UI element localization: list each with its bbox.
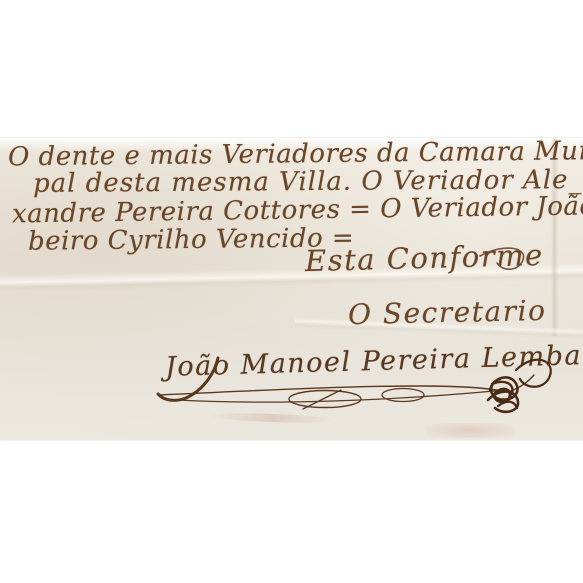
signature-name: João Manoel Pereira Lemba	[165, 342, 583, 381]
paper-smudge	[426, 423, 514, 438]
document-photo-canvas: O dente e mais Veriadores da Camara Muni…	[0, 0, 583, 583]
manuscript-photo: O dente e mais Veriadores da Camara Muni…	[0, 138, 583, 440]
secretary-title: O Secretario	[348, 297, 547, 329]
attestation-text: Esta Conforme	[305, 241, 544, 276]
manuscript-line-3: xandre Pereira Cottores = O Veriador Joã…	[12, 193, 583, 228]
paper-stain-streak	[208, 412, 336, 424]
